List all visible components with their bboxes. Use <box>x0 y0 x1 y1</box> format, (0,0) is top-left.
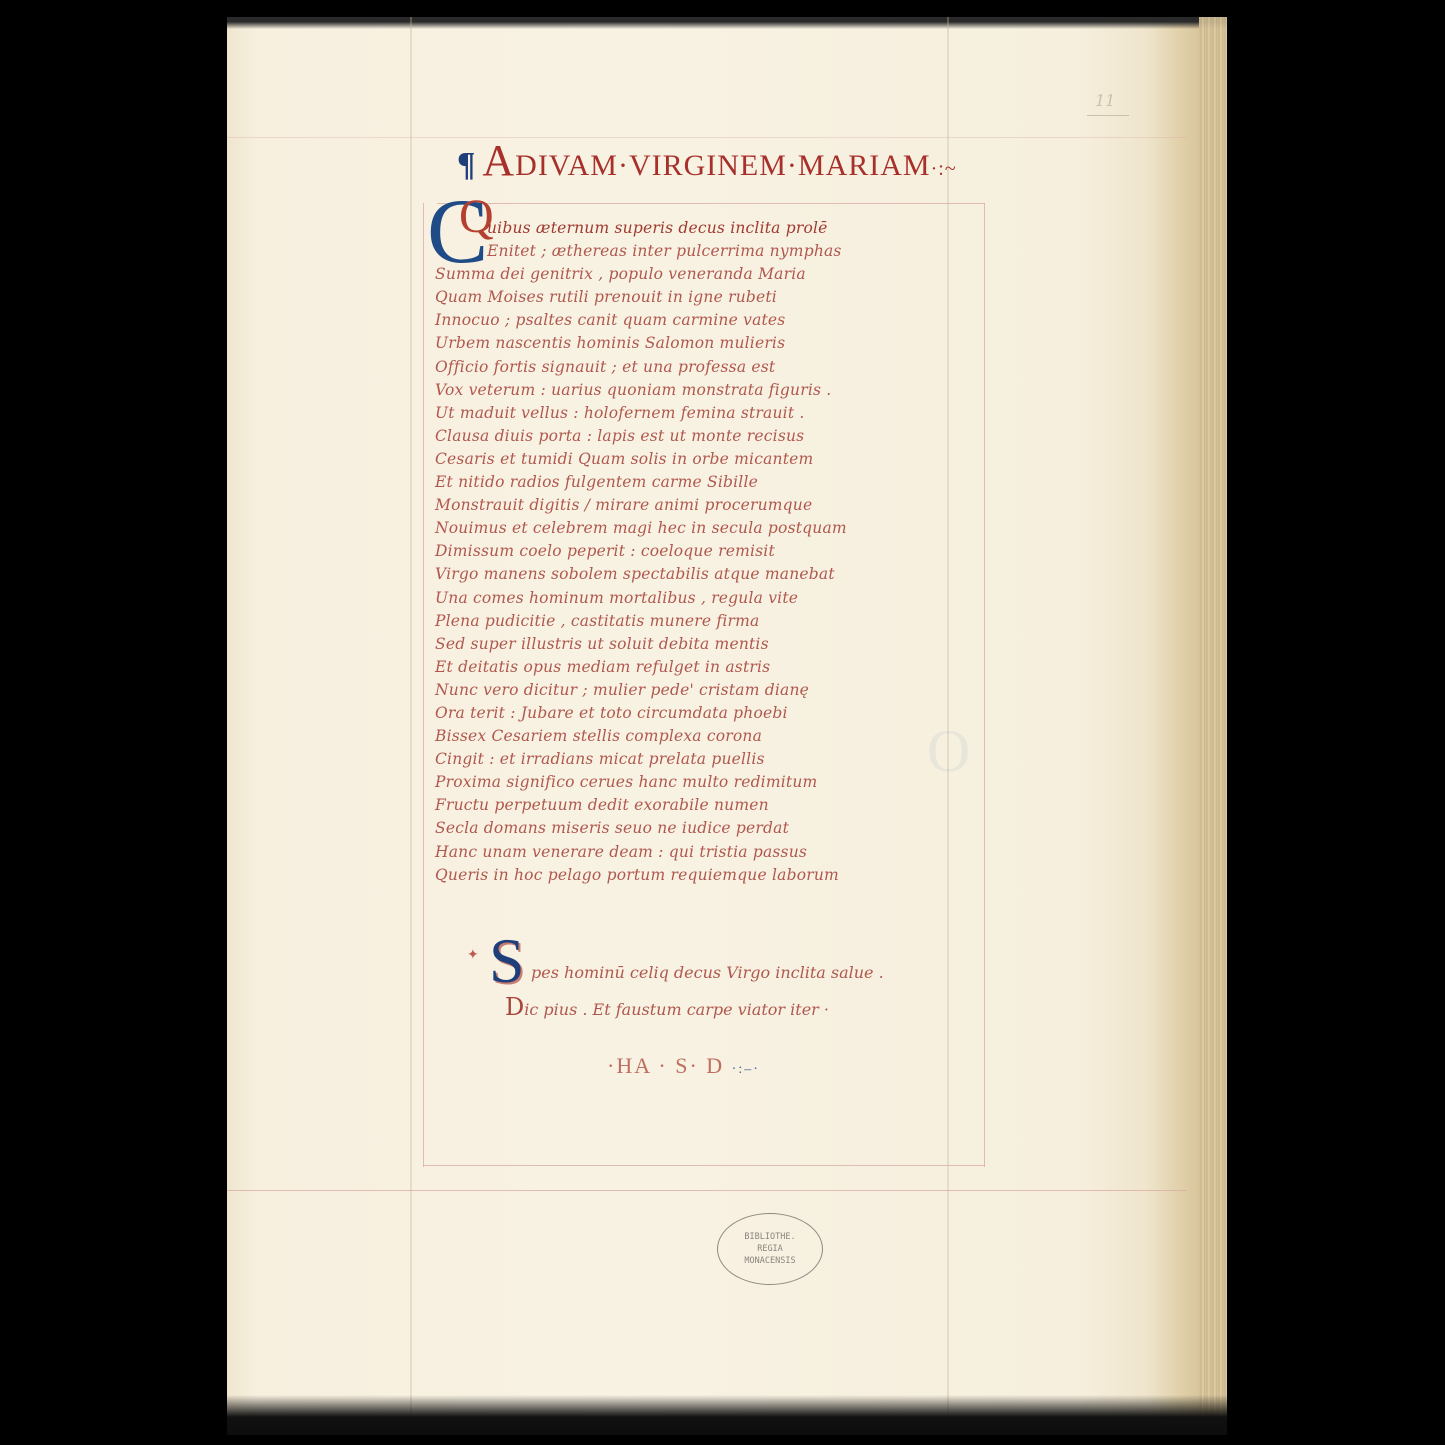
verse-line: Sed super illustris ut soluit debita men… <box>435 633 915 656</box>
decorated-initial-s: S <box>489 929 525 993</box>
verse-line: Et nitido radios fulgentem carme Sibille <box>435 471 915 494</box>
closing-line-1: pes hominū celiq decus Virgo inclita sal… <box>531 963 884 982</box>
verse-line: Monstrauit digitis / mirare animi procer… <box>435 494 915 517</box>
verse-line: Urbem nascentis hominis Salomon mulieris <box>435 332 915 355</box>
verse-line: Officio fortis signauit ; et una profess… <box>435 356 915 379</box>
verse-line: Ut maduit vellus : holofernem femina str… <box>435 402 915 425</box>
closing-initial-d: D <box>505 993 524 1021</box>
poem-body: uibus æternum superis decus inclita prol… <box>435 217 915 887</box>
stamp-line-1: BIBLIOTHE. <box>744 1231 795 1243</box>
library-stamp: BIBLIOTHE. REGIA MONACENSIS <box>717 1213 823 1285</box>
verse-line: Bissex Cesariem stellis complexa corona <box>435 725 915 748</box>
verse-line: Queris in hoc pelago portum requiemque l… <box>435 864 915 887</box>
verse-line: Plena pudicitie , castitatis munere firm… <box>435 610 915 633</box>
verse-line: Innocuo ; psaltes canit quam carmine vat… <box>435 309 915 332</box>
signature-text: ·HA · S· D <box>607 1053 724 1078</box>
verse-line: Nunc vero dicitur ; mulier pede' cristam… <box>435 679 915 702</box>
ruling-bottom <box>423 1165 985 1166</box>
folio-number: 11 <box>1095 91 1115 110</box>
verse-line: Secla domans miseris seuo ne iudice perd… <box>435 817 915 840</box>
title-tail: ·:~ <box>931 158 957 180</box>
closing-line-2: Dic pius . Et faustum carpe viator iter … <box>505 993 829 1021</box>
stamp-line-2: REGIA <box>757 1243 783 1255</box>
verse-line: Nouimus et celebrem magi hec in secula p… <box>435 517 915 540</box>
show-through-letter: O <box>927 717 970 786</box>
verse-line: Cingit : et irradians micat prelata puel… <box>435 748 915 771</box>
verse-line: Fructu perpetuum dedit exorabile numen <box>435 794 915 817</box>
stamp-line-3: MONACENSIS <box>744 1255 795 1267</box>
page-bottom-edge <box>227 1395 1227 1435</box>
ruling-top <box>437 203 985 204</box>
verse-line: Summa dei genitrix , populo veneranda Ma… <box>435 263 915 286</box>
verse-line: Hanc unam venerare deam : qui tristia pa… <box>435 841 915 864</box>
verse-line: Dimissum coelo peperit : coeloque remisi… <box>435 540 915 563</box>
verse-line: Et deitatis opus mediam refulget in astr… <box>435 656 915 679</box>
ruling-lower-margin <box>227 1190 1187 1191</box>
scribe-signature: ·HA · S· D ·:–· <box>607 1053 760 1079</box>
verse-line: Vox veterum : uarius quoniam monstrata f… <box>435 379 915 402</box>
paragraph-mark-icon: ¶ <box>457 146 476 183</box>
fold-line <box>410 17 412 1435</box>
verse-line: uibus æternum superis decus inclita prol… <box>435 217 915 240</box>
signature-tail: ·:–· <box>732 1062 760 1077</box>
verse-line: Cesaris et tumidi Quam solis in orbe mic… <box>435 448 915 471</box>
manuscript-page: O 11 ¶ADIVAM·VIRGINEM·MARIAM·:~ C Q uibu… <box>227 17 1227 1435</box>
page-top-edge <box>227 17 1227 29</box>
verse-line: Ora terit : Jubare et toto circumdata ph… <box>435 702 915 725</box>
ruling-left <box>423 203 424 1167</box>
title-initial: A <box>482 136 515 185</box>
cross-ornament-icon: ✦ <box>467 947 479 963</box>
verse-line: Quam Moises rutili prenouit in igne rube… <box>435 286 915 309</box>
closing-line-2-text: ic pius . Et faustum carpe viator iter · <box>524 1000 829 1019</box>
verse-line: Una comes hominum mortalibus , regula vi… <box>435 587 915 610</box>
verse-line: Enitet ; æthereas inter pulcerrima nymph… <box>435 240 915 263</box>
rubric-title: ¶ADIVAM·VIRGINEM·MARIAM·:~ <box>457 135 957 186</box>
title-text: DIVAM·VIRGINEM·MARIAM <box>515 149 930 182</box>
folio-underline <box>1087 115 1129 116</box>
ruling-right <box>984 203 985 1167</box>
verse-line: Clausa diuis porta : lapis est ut monte … <box>435 425 915 448</box>
page-fore-edge <box>1199 17 1227 1435</box>
verse-line: Proxima significo cerues hanc multo redi… <box>435 771 915 794</box>
verse-line: Virgo manens sobolem spectabilis atque m… <box>435 563 915 586</box>
